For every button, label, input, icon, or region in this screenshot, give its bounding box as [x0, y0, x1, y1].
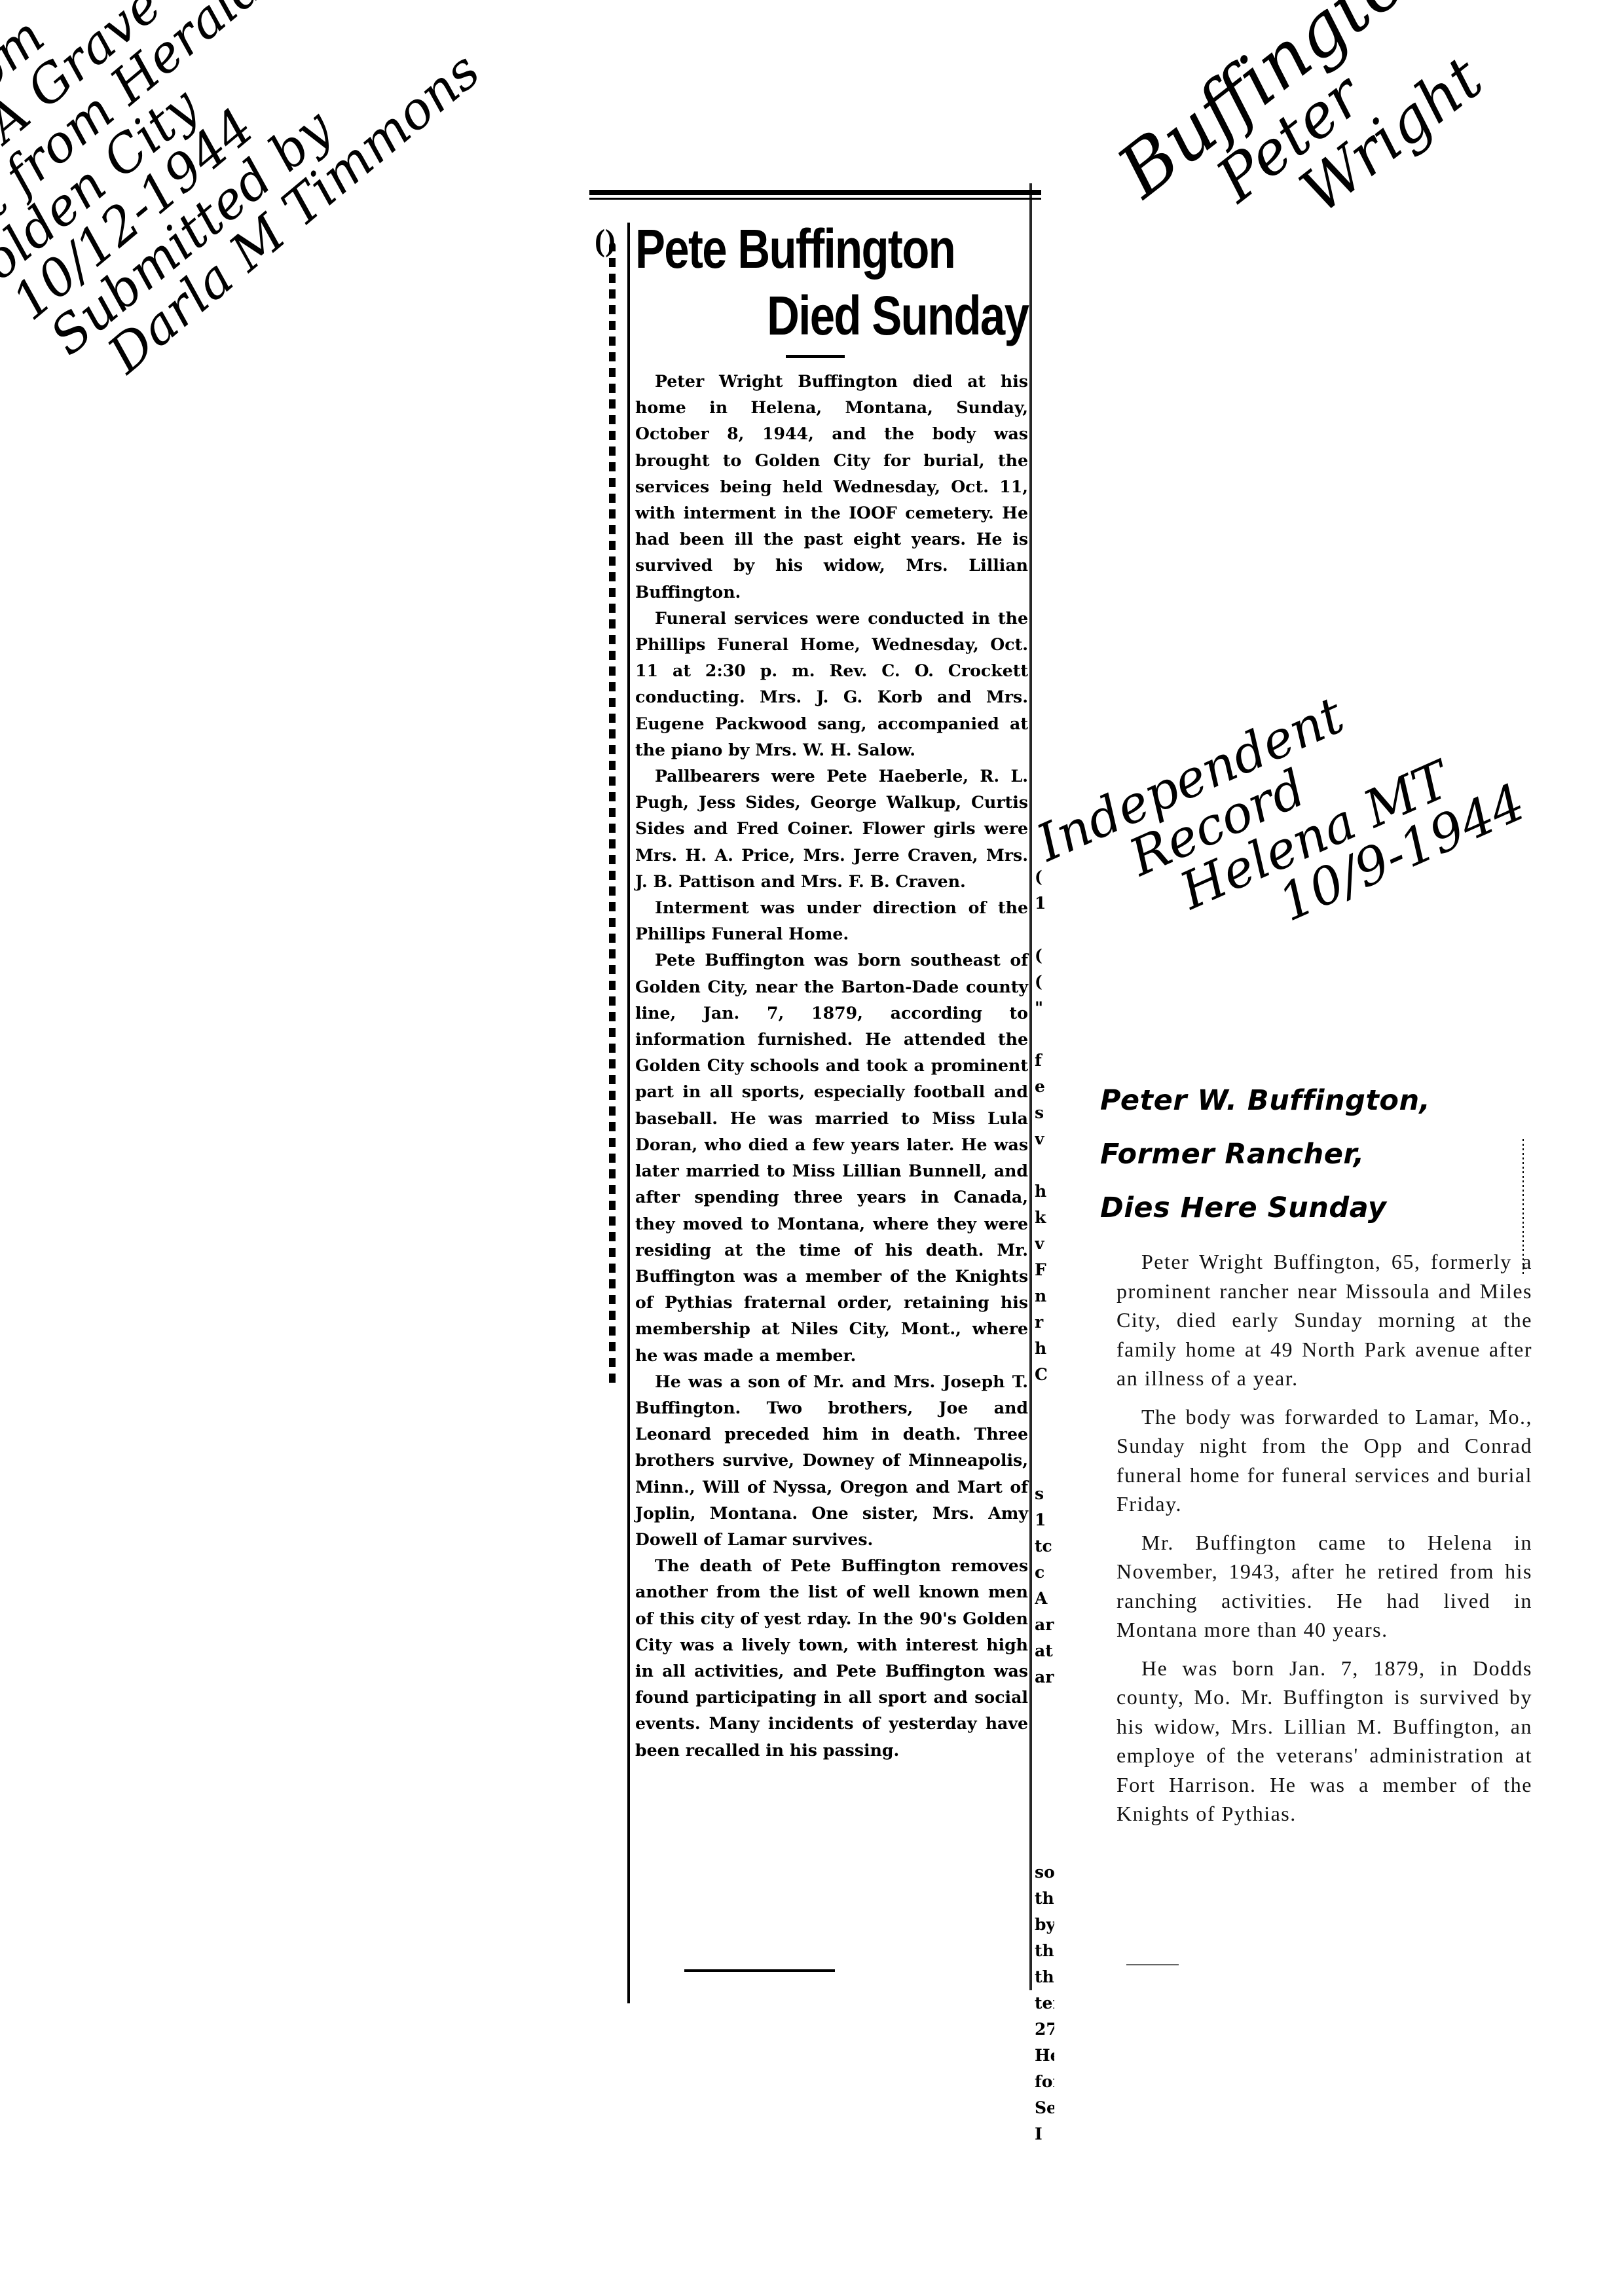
fragment-char: " — [1035, 995, 1054, 1021]
fragment-char — [1035, 1152, 1054, 1178]
fragment-char: I — [1035, 2121, 1054, 2147]
fragment-char: ter — [1035, 1990, 1054, 2016]
fragment-char: h — [1035, 1178, 1054, 1205]
fragment-char: A — [1035, 1586, 1054, 1612]
article-body: Peter Wright Buffington died at his home… — [635, 368, 1028, 1763]
fragment-char: ( — [1035, 943, 1054, 969]
fragment-char: f — [1035, 1048, 1054, 1074]
fragment-char — [1035, 917, 1054, 943]
independent-record-clipping: Peter W. Buffington, Former Rancher, Die… — [1100, 1074, 1559, 1990]
fragment-char: so — [1035, 1859, 1054, 1886]
column-rule-left — [627, 223, 630, 2003]
fragment-char: v — [1035, 1231, 1054, 1257]
headline: Pete Buffington Died Sunday — [635, 221, 957, 343]
handwritten-name-note: Buffington, Peter Wright — [1106, 0, 1545, 304]
adjacent-column-fragment: (1 ((" fesv hkvFnrhC — [1035, 838, 1054, 1388]
handwritten-source-note: Info From Find A Grave Obit from Herald … — [0, 0, 489, 449]
fragment-char: ( — [1035, 969, 1054, 995]
fragment-char: tc — [1035, 1533, 1054, 1559]
fragment-char: s — [1035, 1100, 1054, 1126]
fragment-char: r — [1035, 1309, 1054, 1336]
fragment-char: C — [1035, 1362, 1054, 1388]
fragment-char: k — [1035, 1205, 1054, 1231]
fragment-char: h — [1035, 1336, 1054, 1362]
headline-line: Died Sunday — [635, 288, 1028, 343]
fragment-char: n — [1035, 1283, 1054, 1309]
fragment-char: for — [1035, 2069, 1054, 2095]
fragment-char: c — [1035, 1559, 1054, 1586]
fragment-char: th — [1035, 1964, 1054, 1990]
ornamental-column-rule — [609, 242, 616, 1388]
paragraph: The body was forwarded to Lamar, Mo., Su… — [1116, 1402, 1532, 1519]
adjacent-column-fragment: sothbyththter27HeforSepI — [1035, 1859, 1054, 2147]
paragraph: Mr. Buffington came to Helena in Novembe… — [1116, 1528, 1532, 1645]
column-rule-right — [1029, 183, 1032, 1990]
fragment-char — [1035, 838, 1054, 864]
paragraph: Funeral services were conducted in the P… — [635, 605, 1028, 763]
fragment-char: ar — [1035, 1664, 1054, 1690]
handwritten-second-source-note: Independent Record Helena MT 10/9-1944 — [1030, 636, 1532, 1010]
fragment-char: He — [1035, 2043, 1054, 2069]
paragraph: Peter Wright Buffington, 65, formerly a … — [1116, 1247, 1532, 1393]
paragraph: Interment was under direction of the Phi… — [635, 894, 1028, 947]
paragraph: Pete Buffington was born southeast of Go… — [635, 947, 1028, 1368]
fragment-char: 27 — [1035, 2016, 1054, 2043]
fragment-char — [1035, 1021, 1054, 1048]
fragment-char: v — [1035, 1126, 1054, 1152]
fragment-char: th — [1035, 1938, 1054, 1964]
fragment-char: th — [1035, 1886, 1054, 1912]
fragment-char: Sep — [1035, 2095, 1054, 2121]
fragment-char: ar — [1035, 1612, 1054, 1638]
fragment-char: e — [1035, 1074, 1054, 1100]
headline-line: Pete Buffington — [635, 221, 957, 276]
fragment-char: 1 — [1035, 1507, 1054, 1533]
fragment-char: 1 — [1035, 890, 1054, 917]
paragraph: He was born Jan. 7, 1879, in Dodds count… — [1116, 1654, 1532, 1829]
headline: Peter W. Buffington, Former Rancher, Die… — [1100, 1074, 1430, 1235]
paragraph: Peter Wright Buffington died at his home… — [635, 368, 1028, 605]
article-body: Peter Wright Buffington, 65, formerly a … — [1116, 1247, 1532, 1838]
fragment-char: ( — [1035, 864, 1054, 890]
paragraph: Pallbearers were Pete Haeberle, R. L. Pu… — [635, 763, 1028, 894]
headline-line: Dies Here Sunday — [1100, 1181, 1430, 1235]
top-rule — [589, 190, 1041, 195]
headline-line: Former Rancher, — [1100, 1127, 1430, 1181]
end-rule — [684, 1969, 835, 1972]
paragraph: The death of Pete Buffington removes ano… — [635, 1552, 1028, 1763]
golden-city-herald-clipping: () Pete Buffington Died Sunday Peter Wri… — [576, 183, 1048, 1990]
headline-rule — [786, 355, 845, 358]
headline-line: Peter W. Buffington, — [1100, 1074, 1430, 1127]
adjacent-column-fragment: s1tccAaratar — [1035, 1481, 1054, 1690]
end-rule — [1126, 1964, 1179, 1965]
paragraph: He was a son of Mr. and Mrs. Joseph T. B… — [635, 1368, 1028, 1552]
fragment-char: by — [1035, 1912, 1054, 1938]
fragment-char: F — [1035, 1257, 1054, 1283]
fragment-char: s — [1035, 1481, 1054, 1507]
top-rule-thin — [589, 198, 1041, 200]
fragment-char: at — [1035, 1638, 1054, 1664]
